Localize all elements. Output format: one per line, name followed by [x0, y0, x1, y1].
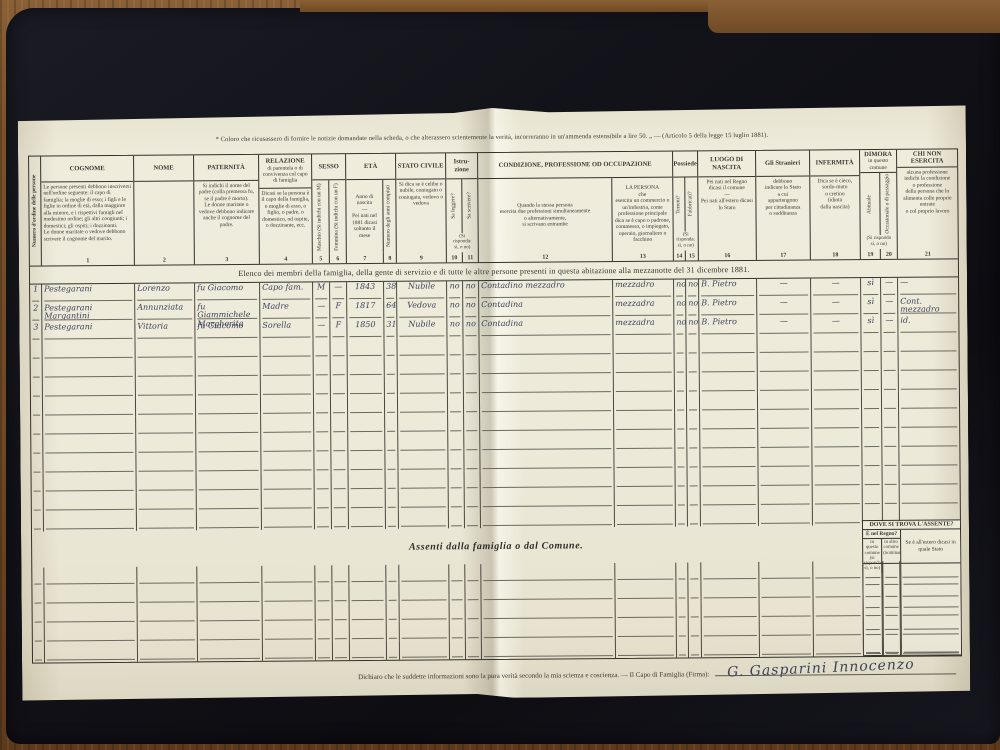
rows-present-persons: 1PestegaraniLorenzofu GiacomoCapo fam.M—… [30, 277, 960, 531]
sa-leggere-label: Sa leggere? [451, 193, 457, 219]
row-cell [332, 510, 349, 529]
row-cell [43, 360, 136, 380]
row-cell [333, 641, 350, 660]
row-cell [448, 395, 464, 414]
col-number-14: 14 [674, 250, 686, 260]
row-cell: Vittoria [135, 321, 195, 340]
row-cell: Pestegarani [42, 284, 135, 304]
row-cell [348, 415, 385, 434]
row-cell [136, 397, 196, 416]
row-cell [884, 618, 901, 637]
row-cell: — [898, 277, 958, 296]
row-cell [465, 490, 481, 509]
row-cell [348, 377, 385, 396]
row-cell [197, 473, 262, 493]
row-cell: B. Pietro [699, 317, 757, 336]
row-cell: 31 [384, 320, 397, 339]
row-cell [348, 396, 385, 415]
row-cell [677, 600, 689, 619]
row-cell [137, 585, 197, 604]
row-cell [700, 450, 758, 469]
row-cell [262, 565, 315, 584]
row-cell [466, 640, 482, 659]
row-cell [675, 355, 687, 374]
row-cell [760, 637, 814, 656]
row-cell [32, 513, 44, 532]
row-cell [687, 431, 700, 450]
row-cell [812, 392, 862, 411]
row-cell [675, 450, 687, 469]
row-cell [316, 603, 333, 622]
condizione-la-persona-desc: LA PERSONA che esercita un commercio o u… [612, 183, 672, 246]
row-cell: sì [861, 316, 881, 335]
dimora-note: (Si risponda sì, o no) [861, 235, 897, 249]
row-cell: 38 [384, 282, 397, 301]
row-cell: 1817 [347, 301, 384, 320]
eta-title: ETÀ [346, 154, 395, 180]
row-cell: sì [861, 297, 881, 316]
row-cell [481, 508, 615, 528]
row-cell [884, 599, 901, 618]
row-cell [448, 376, 464, 395]
row-cell [44, 474, 137, 494]
row-cell: — [881, 316, 898, 335]
stato-civile-desc: Si dica se è celibe o nubile, coniugato … [396, 179, 446, 252]
condizione-due-professioni-desc: Quando la stessa persona esercita due pr… [478, 200, 611, 231]
row-cell: no [686, 298, 699, 317]
row-cell [137, 566, 197, 585]
col-number-11: 11 [463, 252, 478, 262]
row-cell [482, 639, 616, 659]
row-cell [759, 506, 813, 525]
row-cell [398, 395, 448, 414]
col-nome: NOME 2 [134, 155, 195, 264]
row-cell: — [330, 282, 347, 301]
row-cell [676, 488, 688, 507]
row-cell [899, 410, 959, 429]
row-cell [331, 415, 348, 434]
row-cell: — [757, 298, 811, 317]
row-cell [480, 432, 614, 452]
row-cell: Capo fam. [260, 282, 313, 301]
row-cell [197, 511, 262, 531]
row-cell [482, 601, 616, 621]
dove-regno-label: È nel Regno? [863, 530, 900, 539]
row-cell [464, 376, 480, 395]
row-cell [136, 340, 196, 359]
row-cell: Vedova [397, 300, 447, 319]
row-cell [43, 341, 136, 361]
row-cell [863, 580, 883, 599]
row-cell: 1 [30, 285, 42, 304]
row-cell: Madre [260, 301, 313, 320]
row-cell [44, 567, 137, 587]
row-cell [882, 373, 899, 392]
row-cell [687, 355, 700, 374]
row-cell [196, 397, 261, 417]
row-cell: B. Pietro [699, 298, 757, 317]
nome-title: NOME [134, 155, 193, 181]
row-cell [45, 624, 138, 644]
row-cell [198, 642, 263, 662]
row-cell [863, 468, 883, 487]
row-cell: no [463, 300, 479, 319]
census-table: Numero d'ordine delle persone COGNOME Le… [28, 148, 962, 663]
sesso-maschio-label: Maschio (Si indichi con un M) [318, 183, 324, 251]
row-cell [31, 380, 43, 399]
row-cell: 1843 [347, 282, 384, 301]
row-cell [864, 618, 884, 637]
row-cell: id. [898, 315, 958, 334]
row-cell [614, 356, 675, 375]
row-cell [901, 617, 961, 636]
stranieri-desc: debbono indicare lo Stato a cui apparten… [756, 177, 810, 250]
col-number-2: 2 [135, 254, 194, 264]
row-cell [314, 453, 331, 472]
row-cell [480, 375, 614, 395]
row-cell [32, 475, 44, 494]
row-cell: Contadino mezzadro [479, 280, 613, 300]
row-cell: Contadina [479, 318, 613, 338]
row-cell [387, 641, 400, 660]
row-cell [315, 565, 332, 584]
row-cell: Pestegarani Margantini [42, 303, 135, 323]
row-cell [687, 450, 700, 469]
row-cell [812, 354, 862, 373]
istruzione-note: (Si risponda: sì, o no) [447, 233, 478, 253]
row-cell [687, 393, 700, 412]
nome-desc [134, 181, 194, 254]
row-cell [347, 339, 384, 358]
row-cell [811, 335, 861, 354]
dove-estero-label: Se è all'estero dicasi in quale Stato [901, 529, 960, 562]
row-cell [44, 586, 137, 606]
row-cell: — [313, 301, 330, 320]
row-cell [614, 451, 675, 470]
row-cell [314, 434, 331, 453]
row-cell [862, 354, 882, 373]
row-cell [700, 412, 758, 431]
row-cell [316, 641, 333, 660]
row-cell [616, 639, 677, 658]
row-cell [481, 563, 615, 583]
col-istruzione: Istru- zione Sa leggere? Sa scrivere? (S… [446, 153, 479, 262]
row-cell [196, 454, 261, 474]
row-cell: sì [861, 278, 881, 297]
row-cell [400, 602, 450, 621]
col-stato-civile: STATO CIVILE Si dica se è celibe o nubil… [396, 153, 447, 262]
terreni-label: Terreni? [676, 195, 682, 213]
sesso-title: SESSO [312, 154, 345, 180]
row-cell [465, 509, 481, 528]
row-cell: Nubile [397, 281, 447, 300]
col-number-4: 4 [260, 253, 312, 263]
row-cell: no [674, 279, 686, 298]
row-cell [862, 430, 882, 449]
row-cell [198, 623, 263, 643]
row-cell [812, 449, 862, 468]
row-cell [399, 564, 449, 583]
col-number-13: 13 [613, 251, 673, 261]
row-cell [314, 377, 331, 396]
paternita-title: PATERNITÀ [194, 155, 258, 182]
row-cell [400, 640, 450, 659]
possiede-note: (Si risponda: sì, o no) [674, 231, 698, 251]
row-cell [31, 437, 43, 456]
row-cell [43, 379, 136, 399]
row-cell [138, 623, 198, 642]
photograph-of-census-sheet: { "fine_print": "* Coloro che ricusasser… [0, 0, 1000, 750]
row-cell [700, 393, 758, 412]
row-cell [900, 560, 960, 579]
row-cell: mezzadra [613, 318, 674, 337]
row-cell [196, 359, 261, 379]
col-number-10: 10 [447, 252, 463, 262]
row-cell [757, 336, 811, 355]
row-cell [674, 336, 686, 355]
desk-wood-notch-center [300, 0, 708, 12]
row-cell [350, 641, 387, 660]
col-number-9: 9 [397, 252, 446, 262]
row-cell [759, 561, 813, 580]
row-cell [688, 581, 701, 600]
row-cell [758, 412, 812, 431]
row-cell [688, 488, 701, 507]
row-cell [862, 449, 882, 468]
row-cell [901, 598, 961, 617]
row-cell [464, 452, 480, 471]
col-number-1: 1 [42, 255, 134, 266]
row-cell [31, 399, 43, 418]
row-cell [386, 584, 399, 603]
row-cell: no [686, 317, 699, 336]
row-cell [758, 374, 812, 393]
row-cell [195, 340, 260, 360]
stato-civile-title: STATO CIVILE [396, 153, 445, 179]
row-cell [45, 643, 138, 663]
row-cell [883, 468, 900, 487]
row-cell [701, 488, 759, 507]
cognome-title: COGNOME [41, 156, 133, 183]
row-cell [261, 396, 314, 415]
row-cell [399, 583, 449, 602]
row-cell [398, 433, 448, 452]
row-cell [386, 491, 399, 510]
row-cell: fu Giacomo [195, 283, 260, 303]
row-cell [613, 337, 674, 356]
row-cell [813, 580, 863, 599]
row-cell [466, 602, 482, 621]
row-cell [884, 637, 901, 656]
row-cell [758, 393, 812, 412]
row-cell [333, 622, 350, 641]
row-cell: M [313, 282, 330, 301]
row-cell [686, 336, 699, 355]
row-cell [448, 433, 464, 452]
luogo-title: LUOGO DI NASCITA [698, 151, 755, 177]
row-cell [260, 339, 313, 358]
row-cell [689, 638, 702, 657]
row-cell [449, 564, 465, 583]
row-cell [450, 640, 466, 659]
row-cell [385, 415, 398, 434]
chi-non-esercita-desc: alcuna professione indichi la condizione… [897, 167, 958, 249]
row-cell [900, 467, 960, 486]
row-cell [262, 510, 315, 529]
row-cell [616, 620, 677, 639]
row-cell [315, 584, 332, 603]
row-cell [384, 339, 397, 358]
col-number-17: 17 [757, 250, 810, 260]
row-cell [689, 600, 702, 619]
row-cell [701, 507, 759, 526]
row-cell [688, 469, 701, 488]
row-cell [759, 469, 813, 488]
row-cell [315, 491, 332, 510]
declaration-text: Dichiaro che le suddette informazioni so… [358, 670, 709, 681]
row-cell [464, 357, 480, 376]
row-cell [261, 377, 314, 396]
row-cell [813, 468, 863, 487]
row-cell [812, 430, 862, 449]
row-cell [701, 469, 759, 488]
row-cell [261, 453, 314, 472]
row-cell: fu Giammichele Margherita [195, 302, 260, 322]
row-cell [315, 472, 332, 491]
col-number-19: 19 [861, 249, 881, 259]
row-cell [32, 494, 44, 513]
row-cell [197, 566, 262, 586]
row-cell [43, 455, 136, 475]
row-cell [399, 471, 449, 490]
row-cell [689, 619, 702, 638]
row-cell [687, 374, 700, 393]
istruzione-title: Istru- zione [446, 153, 477, 179]
row-cell: no [447, 281, 463, 300]
row-cell [398, 452, 448, 471]
row-cell [386, 565, 399, 584]
row-cell [400, 621, 450, 640]
row-cell [675, 393, 687, 412]
row-cell [332, 472, 349, 491]
row-cell [898, 334, 958, 353]
chi-non-esercita-title: CHI NON ESERCITA [897, 149, 957, 167]
row-cell: 2 [30, 304, 42, 323]
row-cell [614, 432, 675, 451]
row-cell [900, 486, 960, 505]
row-cell [760, 599, 814, 618]
row-cell [198, 604, 263, 624]
row-cell [33, 625, 45, 644]
row-cell [677, 619, 689, 638]
row-cell [702, 619, 760, 638]
row-cell [862, 392, 882, 411]
row-cell [760, 618, 814, 637]
census-sheet-paper: * Coloro che ricusassero di fornire le n… [18, 104, 971, 701]
row-cell [480, 413, 614, 433]
row-cell [43, 398, 136, 418]
row-cell [349, 491, 386, 510]
row-cell [466, 621, 482, 640]
numero-ordine-label: Numero d'ordine delle persone [32, 175, 38, 248]
row-cell [314, 415, 331, 434]
row-cell [814, 618, 864, 637]
row-cell [137, 473, 197, 492]
row-cell: 64 [384, 301, 397, 320]
row-cell [262, 584, 315, 603]
row-cell [262, 472, 315, 491]
row-cell [881, 335, 898, 354]
row-cell [348, 434, 385, 453]
col-paternita: PATERNITÀ Si indichi il nome del padre (… [194, 155, 260, 265]
row-cell [136, 359, 196, 378]
row-cell [138, 604, 198, 623]
col-sesso: SESSO Maschio (Si indichi con un M) Femm… [312, 154, 347, 263]
row-cell: mezzadro [613, 280, 674, 299]
row-cell [196, 435, 261, 455]
row-cell [350, 622, 387, 641]
row-cell [263, 641, 316, 660]
row-cell [900, 579, 960, 598]
row-cell [262, 491, 315, 510]
row-cell [615, 508, 676, 527]
row-cell [882, 411, 899, 430]
row-cell [813, 487, 863, 506]
penalty-fine-print: * Coloro che ricusassero di fornire le n… [18, 130, 966, 144]
row-cell [675, 431, 687, 450]
infermita-desc: Dica se è cieco, sordo-muto o cretino (i… [810, 176, 860, 249]
row-cell [676, 469, 688, 488]
row-cell [136, 378, 196, 397]
row-cell [882, 392, 899, 411]
row-cell [813, 506, 863, 525]
row-cell [899, 372, 959, 391]
row-cell [702, 600, 760, 619]
row-cell [136, 416, 196, 435]
row-cell [32, 568, 44, 587]
col-number-15: 15 [686, 250, 698, 260]
row-cell [615, 563, 676, 582]
row-cell [332, 491, 349, 510]
row-cell [387, 622, 400, 641]
row-cell [864, 637, 884, 656]
row-cell [263, 603, 316, 622]
infermita-title: INFERMITÀ [810, 150, 859, 176]
row-cell [450, 602, 466, 621]
row-cell [700, 374, 758, 393]
row-cell [676, 562, 688, 581]
row-cell [331, 396, 348, 415]
row-cell [899, 391, 959, 410]
row-cell [899, 448, 959, 467]
col-relazione: RELAZIONE di parentela o di convivenza c… [259, 154, 313, 263]
row-cell [814, 599, 864, 618]
row-cell [480, 394, 614, 414]
row-cell: fu Giacomo [195, 321, 260, 341]
col-number-20: 20 [881, 249, 897, 259]
row-cell: — [881, 297, 898, 316]
row-cell: no [686, 279, 699, 298]
row-cell [687, 412, 700, 431]
row-cell [465, 564, 481, 583]
col-condizione-professione: CONDIZIONE, PROFESSIONE OD OCCUPAZIONE Q… [478, 152, 674, 263]
row-cell [196, 416, 261, 436]
row-cell: — [757, 279, 811, 298]
declaration-line: Dichiaro che le suddette informazioni so… [358, 660, 956, 681]
row-cell [688, 562, 701, 581]
row-cell [137, 511, 197, 530]
desk-wood-notch-right [708, 0, 1000, 33]
